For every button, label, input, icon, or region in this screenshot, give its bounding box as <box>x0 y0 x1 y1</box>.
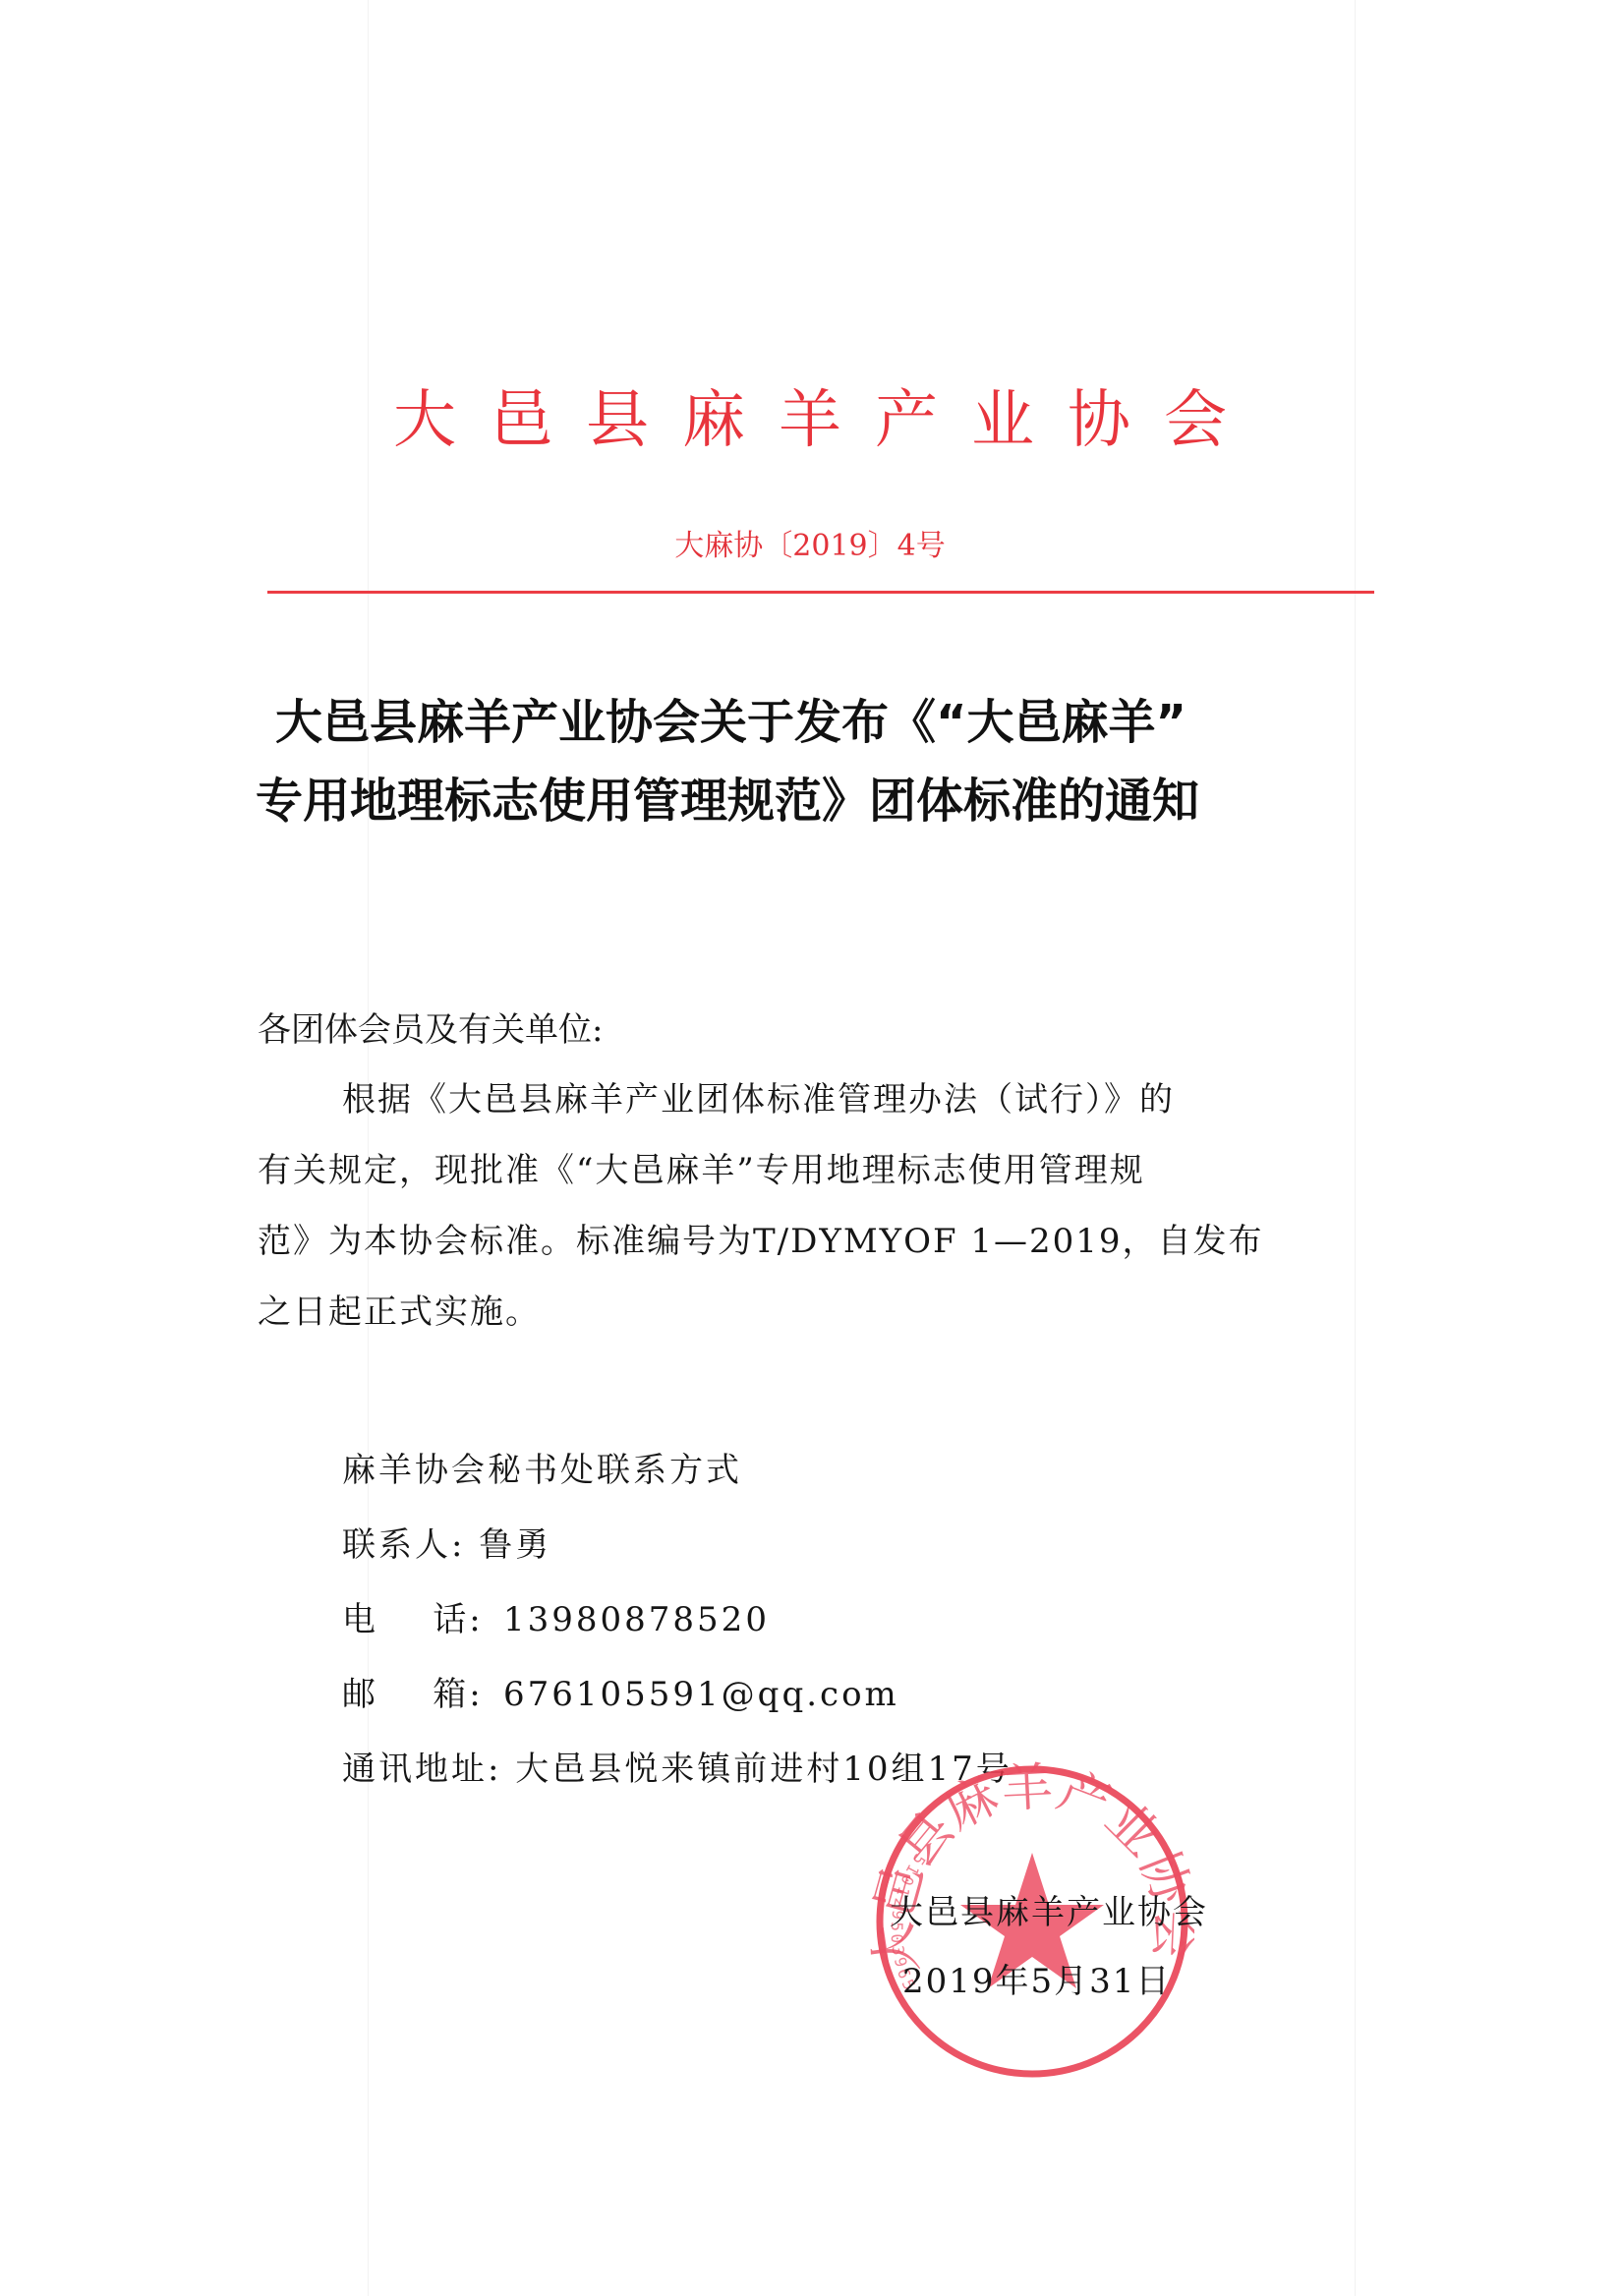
contact-phone-row: 电 话:13980878520 <box>342 1582 1012 1657</box>
paragraph-line: 之日起正式实施。 <box>258 1277 1359 1348</box>
title-line-1: 大邑县麻羊产业协会关于发布《“大邑麻羊” <box>256 683 1376 762</box>
contact-email-row: 邮 箱:676105591@qq.com <box>342 1657 1012 1732</box>
title-line-2: 专用地理标志使用管理规范》团体标准的通知 <box>256 762 1376 840</box>
contact-block: 麻羊协会秘书处联系方式 联系人: 鲁勇 电 话:13980878520 邮 箱:… <box>342 1433 1012 1807</box>
contact-person-row: 联系人: 鲁勇 <box>342 1508 1012 1582</box>
organization-header: 大邑县麻羊产业协会 <box>0 381 1620 460</box>
document-number: 大麻协〔2019〕4号 <box>0 527 1620 566</box>
body-paragraph: 根据《大邑县麻羊产业团体标准管理办法（试行）》的 有关规定，现批准《“大邑麻羊”… <box>258 1064 1359 1348</box>
salutation: 各团体会员及有关单位: <box>258 995 603 1065</box>
contact-email-label: 邮 箱: <box>342 1657 503 1732</box>
signature-date: 2019年5月31日 <box>902 1946 1171 2017</box>
contact-person-label: 联系人: <box>342 1525 465 1565</box>
contact-email: 676105591@qq.com <box>503 1675 899 1714</box>
contact-phone: 13980878520 <box>503 1600 770 1639</box>
contact-person: 鲁勇 <box>479 1525 551 1565</box>
paragraph-line: 有关规定，现批准《“大邑麻羊”专用地理标志使用管理规 <box>258 1135 1359 1206</box>
contact-address-label: 通讯地址: <box>342 1750 501 1789</box>
contact-phone-label: 电 话: <box>342 1582 503 1657</box>
paragraph-line: 范》为本协会标准。标准编号为T/DYMYOF 1—2019，自发布 <box>258 1206 1359 1277</box>
red-divider <box>267 591 1374 594</box>
signature-organization: 大邑县麻羊产业协会 <box>890 1877 1208 1948</box>
contact-heading: 麻羊协会秘书处联系方式 <box>342 1433 1012 1508</box>
document-title: 大邑县麻羊产业协会关于发布《“大邑麻羊” 专用地理标志使用管理规范》团体标准的通… <box>256 683 1376 840</box>
paragraph-line: 根据《大邑县麻羊产业团体标准管理办法（试行）》的 <box>258 1064 1359 1135</box>
